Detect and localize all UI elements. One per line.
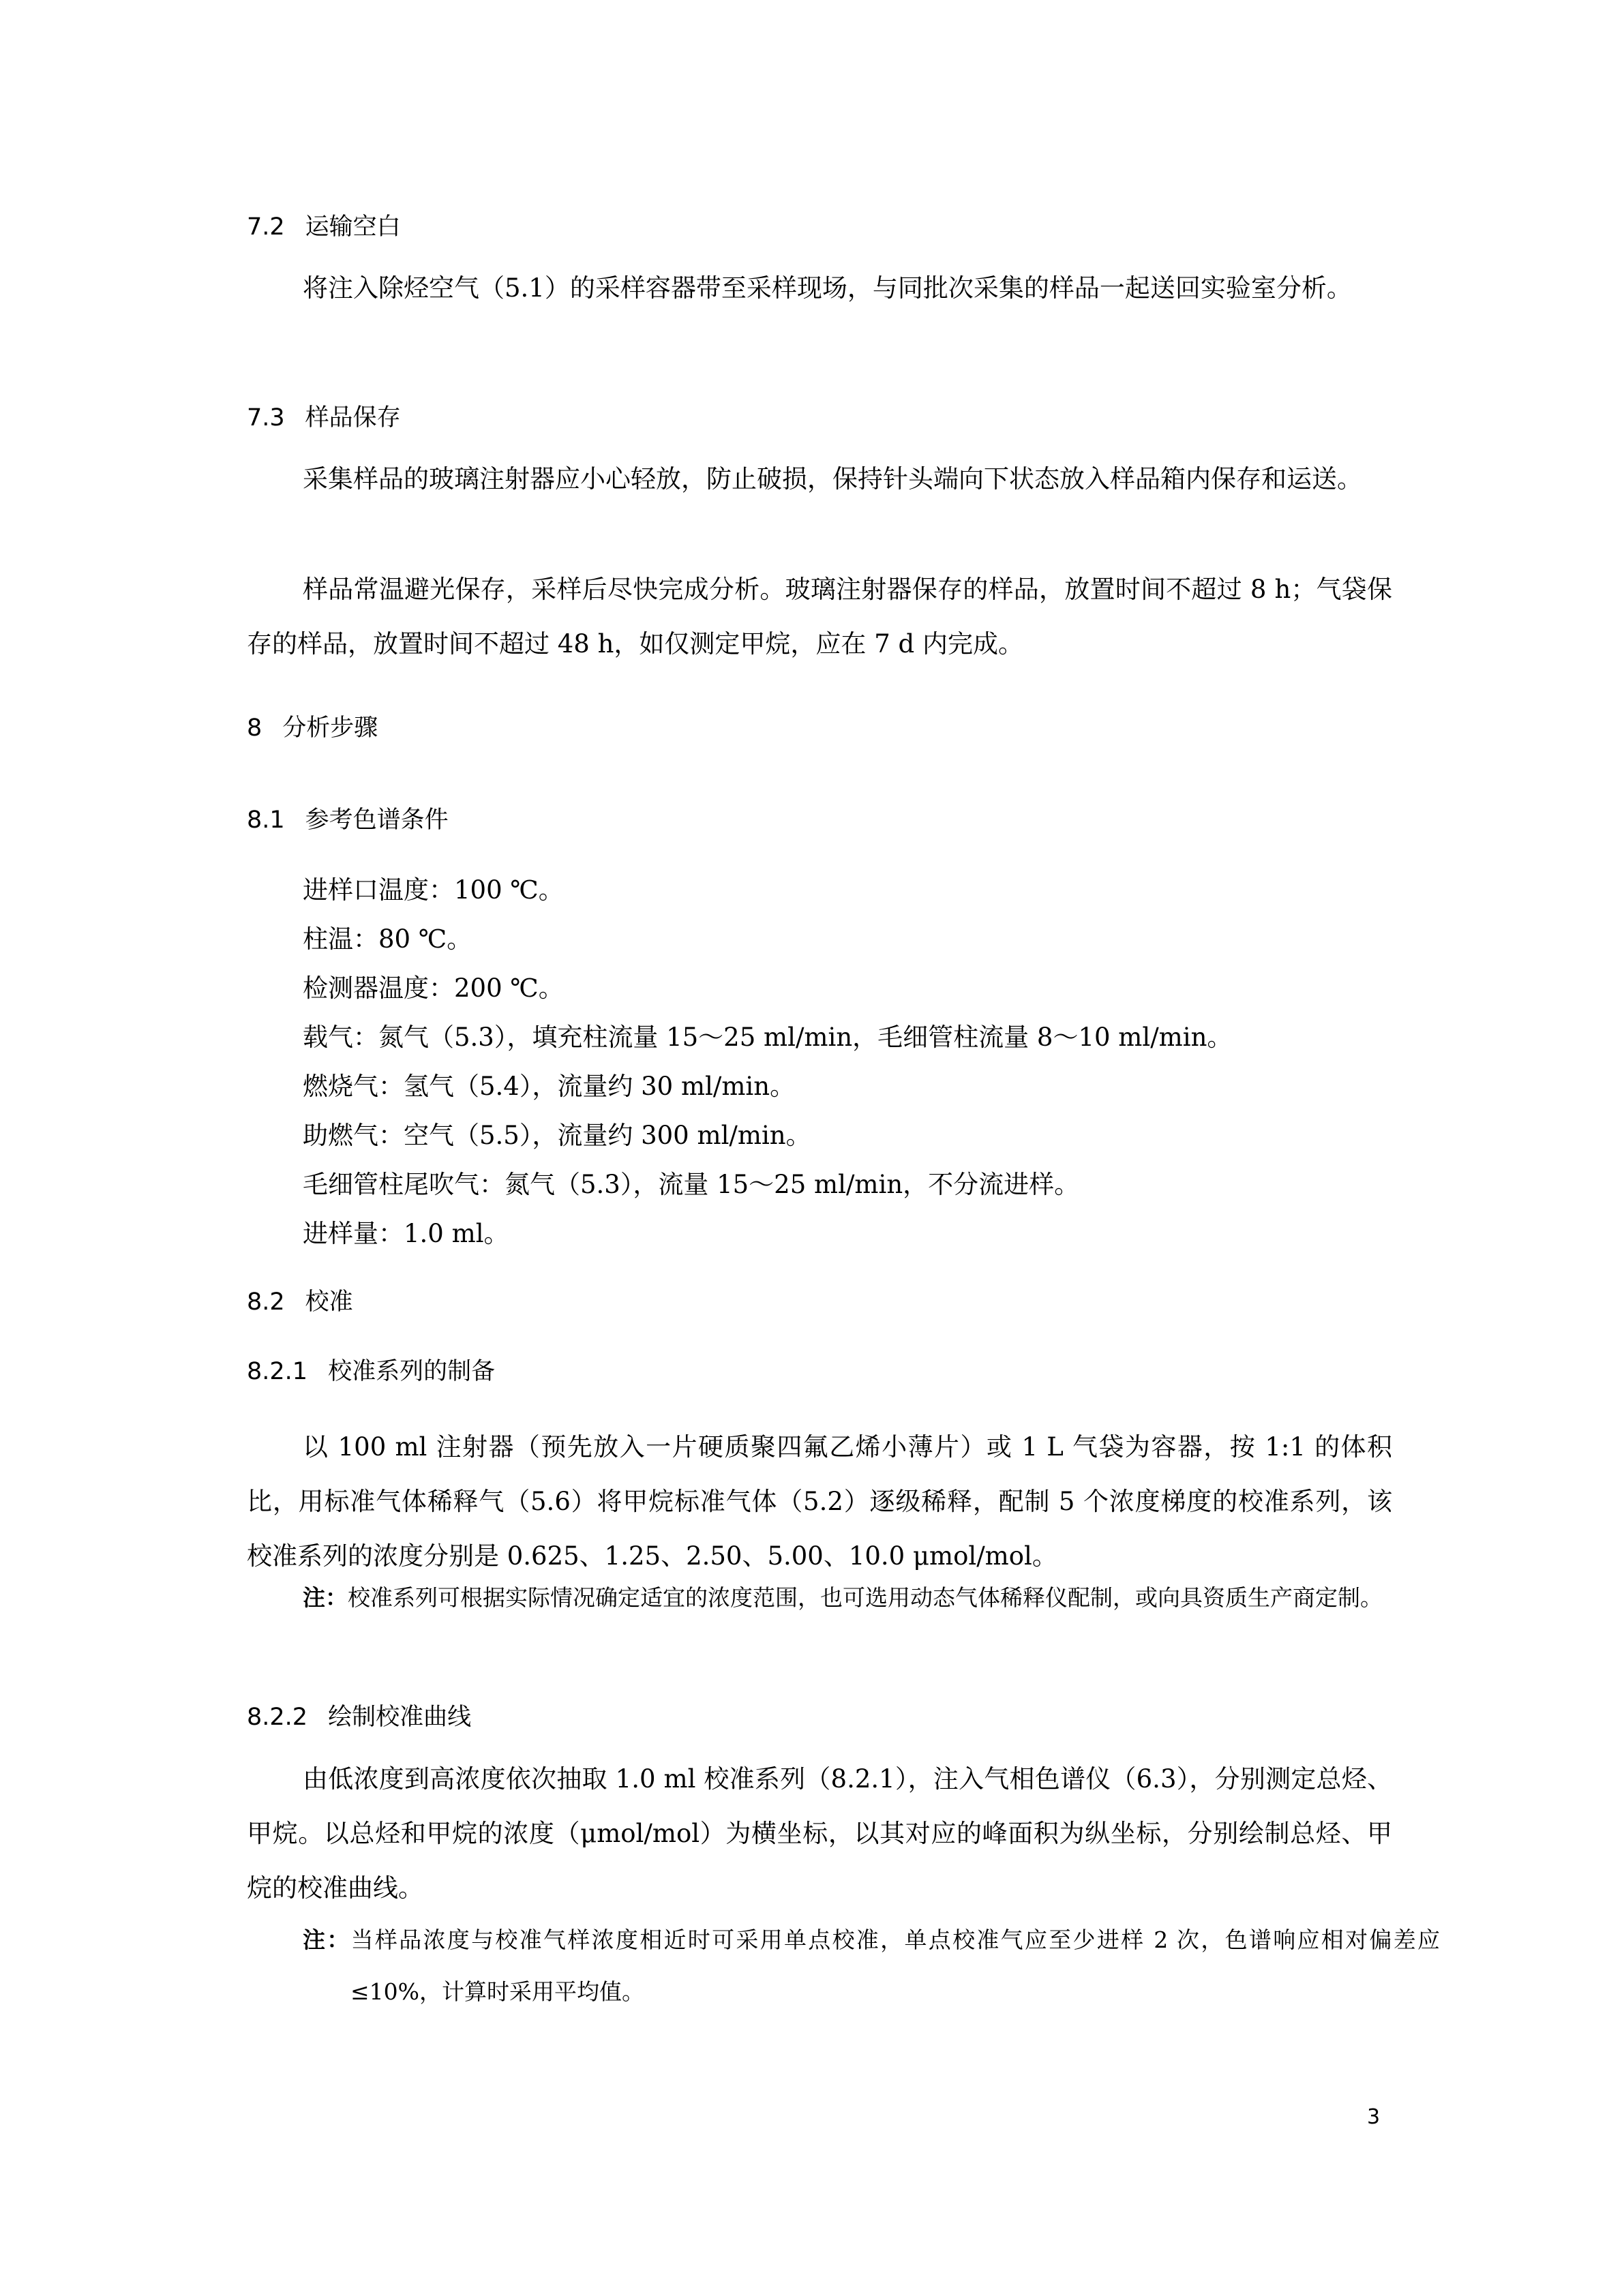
section-number: 8.1 <box>247 805 285 835</box>
paragraph: 样品常温避光保存，采样后尽快完成分析。玻璃注射器保存的样品，放置时间不超过 8 … <box>247 562 1392 671</box>
section-heading-8-2: 8.2校准 <box>247 1287 353 1317</box>
section-number: 8.2.2 <box>247 1702 307 1732</box>
note: 注：校准系列可根据实际情况确定适宜的浓度范围，也可选用动态气体稀释仪配制，或向具… <box>303 1572 1440 1624</box>
paragraph: 以 100 ml 注射器（预先放入一片硬质聚四氟乙烯小薄片）或 1 L 气袋为容… <box>247 1420 1392 1584</box>
section-heading-8-2-1: 8.2.1校准系列的制备 <box>247 1357 495 1387</box>
note-text: 当样品浓度与校准气样浓度相近时可采用单点校准，单点校准气应至少进样 2 次，色谱… <box>350 1927 1440 2005</box>
section-title: 样品保存 <box>305 403 401 433</box>
section-title: 运输空白 <box>305 212 401 242</box>
paragraph: 采集样品的玻璃注射器应小心轻放，防止破损，保持针头端向下状态放入样品箱内保存和运… <box>247 452 1392 507</box>
section-title: 校准系列的制备 <box>328 1357 495 1387</box>
section-heading-7-3: 7.3样品保存 <box>247 403 401 433</box>
paragraph: 由低浓度到高浓度依次抽取 1.0 ml 校准系列（8.2.1），注入气相色谱仪（… <box>247 1752 1392 1916</box>
paragraph: 将注入除烃空气（5.1）的采样容器带至采样现场，与同批次采集的样品一起送回实验室… <box>247 261 1392 316</box>
section-title: 绘制校准曲线 <box>328 1702 471 1732</box>
note-label: 注： <box>303 1927 351 1953</box>
section-heading-8-2-2: 8.2.2绘制校准曲线 <box>247 1702 471 1732</box>
document-page: 7.2运输空白 将注入除烃空气（5.1）的采样容器带至采样现场，与同批次采集的样… <box>0 0 1624 2296</box>
section-title: 校准 <box>305 1287 353 1317</box>
condition-item: 检测器温度：200 ℃。 <box>303 973 564 1003</box>
condition-item: 燃烧气：氢气（5.4），流量约 30 ml/min。 <box>303 1072 795 1102</box>
page-number: 3 <box>1367 2105 1380 2129</box>
section-number: 8 <box>247 713 262 743</box>
condition-item: 进样口温度：100 ℃。 <box>303 875 564 905</box>
condition-item: 进样量：1.0 ml。 <box>303 1219 509 1249</box>
section-heading-8: 8分析步骤 <box>247 713 378 743</box>
section-number: 7.3 <box>247 403 285 433</box>
section-heading-7-2: 7.2运输空白 <box>247 212 401 242</box>
section-title: 分析步骤 <box>282 713 378 743</box>
note-label: 注： <box>303 1584 348 1611</box>
section-title: 参考色谱条件 <box>305 805 449 835</box>
condition-item: 柱温：80 ℃。 <box>303 924 472 954</box>
note-text: 校准系列可根据实际情况确定适宜的浓度范围，也可选用动态气体稀释仪配制，或向具资质… <box>348 1584 1383 1611</box>
condition-item: 毛细管柱尾吹气：氮气（5.3），流量 15～25 ml/min，不分流进样。 <box>303 1170 1079 1200</box>
section-number: 8.2.1 <box>247 1357 307 1387</box>
note: 注：当样品浓度与校准气样浓度相近时可采用单点校准，单点校准气应至少进样 2 次，… <box>303 1914 1440 2018</box>
section-number: 8.2 <box>247 1287 285 1317</box>
section-number: 7.2 <box>247 212 285 242</box>
condition-item: 助燃气：空气（5.5），流量约 300 ml/min。 <box>303 1121 811 1151</box>
section-heading-8-1: 8.1参考色谱条件 <box>247 805 449 835</box>
condition-item: 载气：氮气（5.3），填充柱流量 15～25 ml/min，毛细管柱流量 8～1… <box>303 1023 1232 1053</box>
